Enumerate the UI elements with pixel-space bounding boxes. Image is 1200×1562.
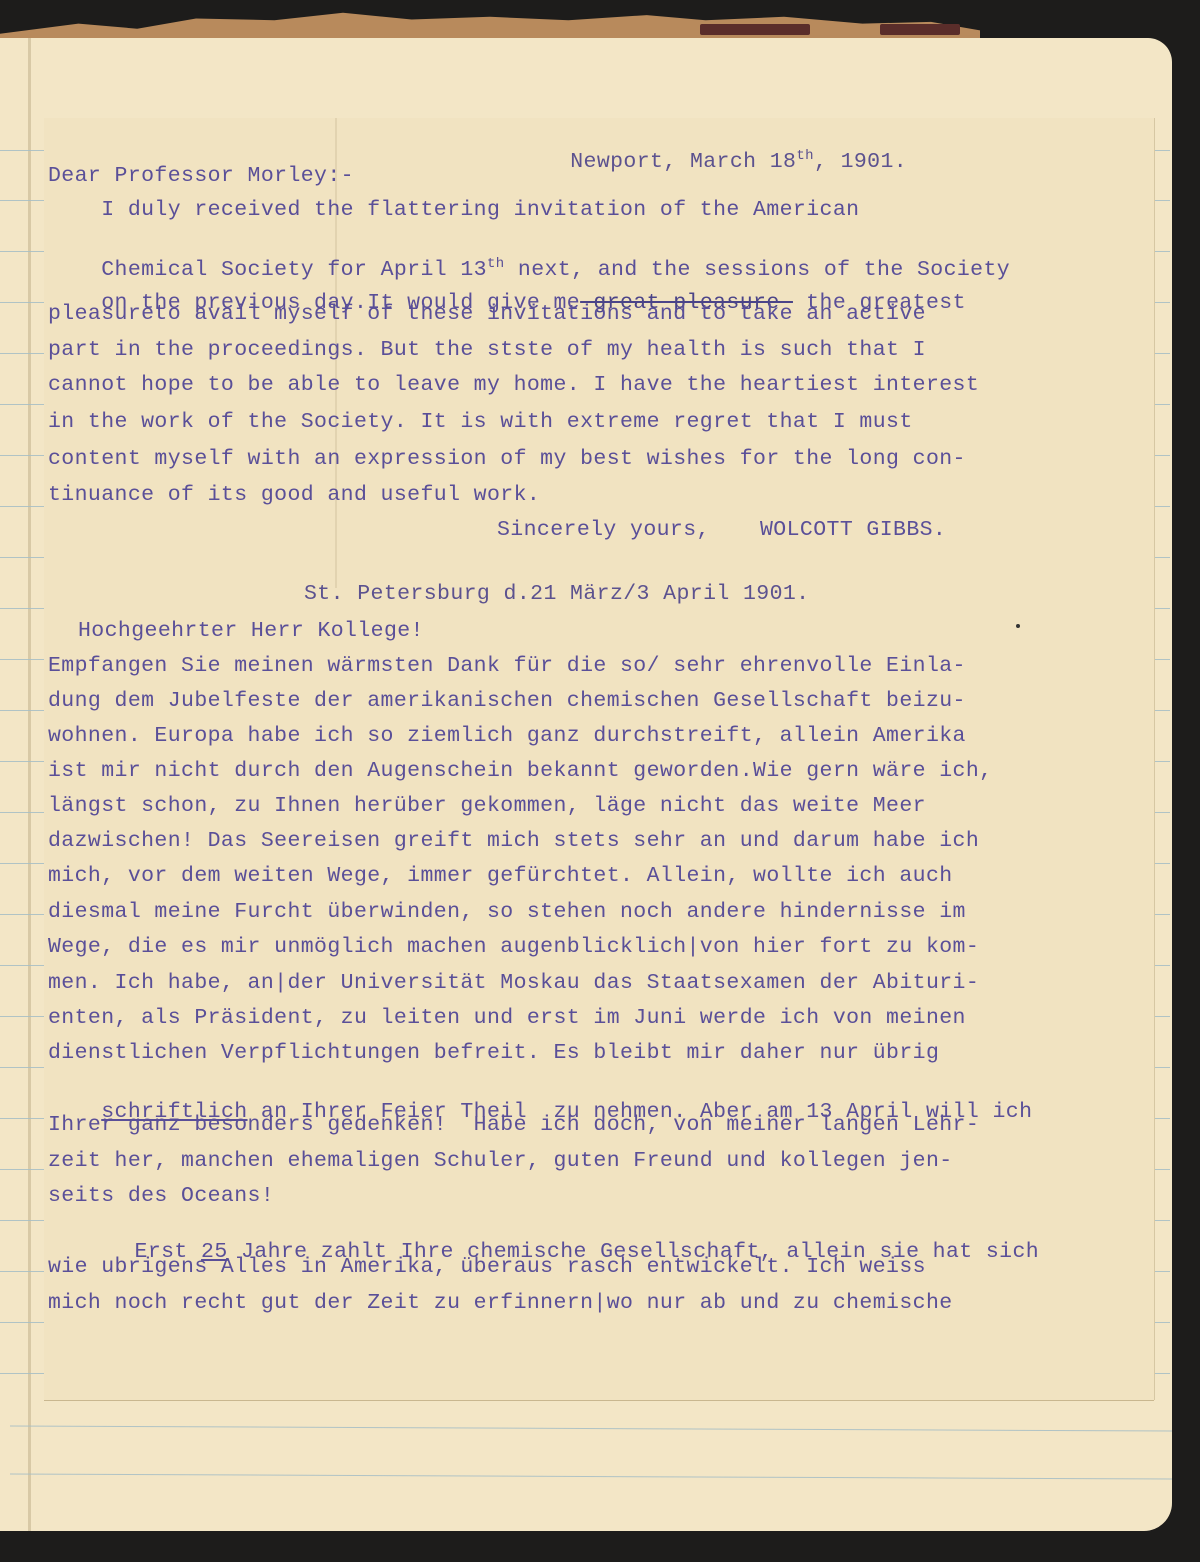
body-line: men. Ich habe, an|der Universität Moskau…	[48, 971, 979, 995]
body-line: Ihrer ganz besonders gedenken! Habe ich …	[48, 1113, 979, 1137]
index-tab	[880, 24, 960, 35]
ink-speck	[1016, 624, 1020, 628]
body-line: zeit her, manchen ehemaligen Schuler, gu…	[48, 1149, 953, 1173]
dateline-sup: th	[796, 148, 814, 164]
dateline-year: , 1901.	[814, 150, 907, 174]
body-line: mich, vor dem weiten Wege, immer gefürch…	[48, 864, 953, 888]
body-line: mich noch recht gut der Zeit zu erfinner…	[48, 1291, 953, 1315]
body-line: pleasureto avail myself of these invitat…	[48, 302, 926, 326]
body-line: diesmal meine Furcht überwinden, so steh…	[48, 900, 966, 924]
body-line: längst schon, zu Ihnen herüber gekommen,…	[48, 794, 926, 818]
dateline: St. Petersburg d.21 März/3 April 1901.	[304, 582, 809, 606]
body-line: cannot hope to be able to leave my home.…	[48, 373, 979, 397]
body-line: enten, als Präsident, zu leiten und erst…	[48, 1006, 966, 1030]
salutation: Dear Professor Morley:-	[48, 164, 354, 188]
body-line: wie ubrigens Alles in Amerika, überaus r…	[48, 1255, 926, 1279]
body-line: part in the proceedings. But the stste o…	[48, 338, 926, 362]
body-line: dazwischen! Das Seereisen greift mich st…	[48, 829, 979, 853]
body-line: I duly received the flattering invitatio…	[48, 198, 859, 222]
body-line: schriftlich an Ihrer Feier Theil zu nehm…	[48, 1076, 1032, 1148]
body-line: ist mir nicht durch den Augenschein beka…	[48, 759, 992, 783]
binding-gutter	[28, 38, 31, 1531]
body-line: Empfangen Sie meinen wärmsten Dank für d…	[48, 654, 966, 678]
body-line: tinuance of its good and useful work.	[48, 483, 540, 507]
body-line: wohnen. Europa habe ich so ziemlich ganz…	[48, 724, 966, 748]
dateline: Newport, March 18th, 1901.	[517, 124, 907, 198]
body-line: dung dem Jubelfeste der amerikanischen c…	[48, 689, 966, 713]
body-line: seits des Oceans!	[48, 1184, 274, 1208]
dateline-text: Newport, March 18	[570, 150, 796, 174]
salutation: Hochgeehrter Herr Kollege!	[78, 619, 424, 643]
closing: Sincerely yours,	[497, 518, 710, 542]
body-line: in the work of the Society. It is with e…	[48, 410, 913, 434]
body-line: Wege, die es mir unmöglich machen augenb…	[48, 935, 979, 959]
body-line: dienstlichen Verpflichtungen befreit. Es…	[48, 1041, 939, 1065]
body-line: content myself with an expression of my …	[48, 447, 966, 471]
index-tab	[700, 24, 810, 35]
signature: WOLCOTT GIBBS.	[760, 518, 946, 542]
